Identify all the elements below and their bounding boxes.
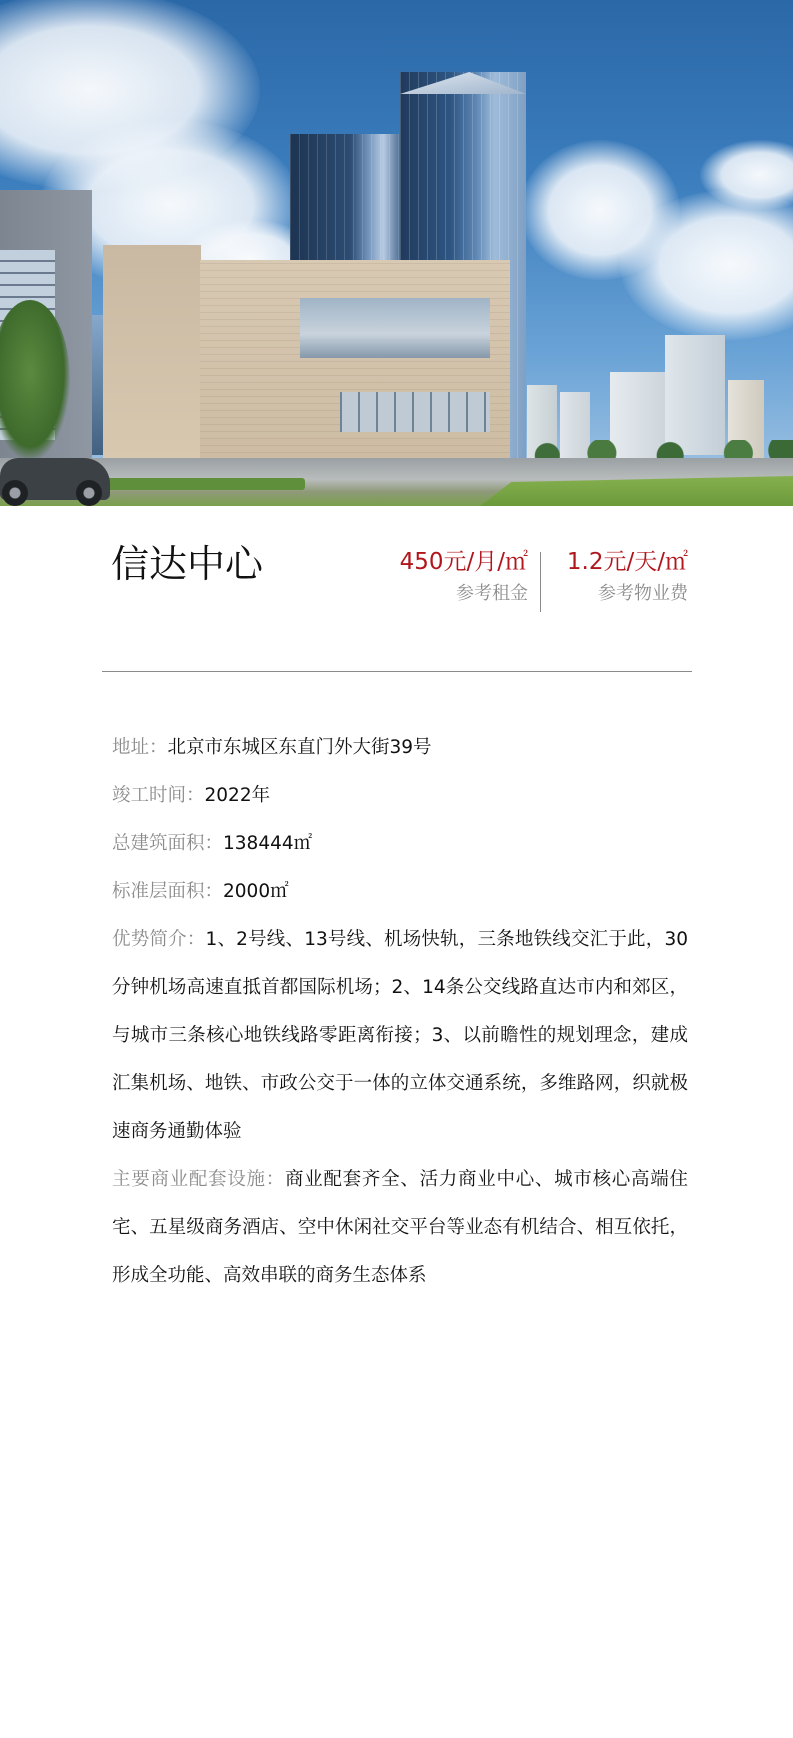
detail-value: 138444㎡ xyxy=(223,833,312,854)
detail-label: 地址： xyxy=(112,737,168,758)
detail-facilities: 主要商业配套设施：商业配套齐全、活力商业中心、城市核心高端住宅、五星级商务酒店、… xyxy=(112,1156,688,1300)
building-details: 地址：北京市东城区东直门外大街39号 竣工时间：2022年 总建筑面积：1384… xyxy=(112,724,688,1300)
property-fee-block: 1.2元/天/㎡ 参考物业费 xyxy=(567,546,688,607)
detail-label: 主要商业配套设施： xyxy=(112,1169,285,1190)
detail-label: 总建筑面积： xyxy=(112,833,223,854)
detail-address: 地址：北京市东城区东直门外大街39号 xyxy=(112,724,688,772)
detail-completion: 竣工时间：2022年 xyxy=(112,772,688,820)
detail-value: 2000㎡ xyxy=(223,881,289,902)
detail-label: 标准层面积： xyxy=(112,881,223,902)
building-hero-image xyxy=(0,0,793,506)
detail-floor-area: 标准层面积：2000㎡ xyxy=(112,868,688,916)
price-divider xyxy=(540,552,541,612)
rent-price-label: 参考租金 xyxy=(400,581,528,607)
detail-total-area: 总建筑面积：138444㎡ xyxy=(112,820,688,868)
property-fee-value: 1.2元/天/㎡ xyxy=(567,546,688,578)
detail-label: 优势简介： xyxy=(112,929,205,950)
building-title: 信达中心 xyxy=(111,540,263,588)
podium-block xyxy=(103,245,201,460)
car xyxy=(0,458,110,500)
hedge xyxy=(105,478,305,490)
detail-value: 2022年 xyxy=(205,785,271,806)
rent-price-value: 450元/月/㎡ xyxy=(400,546,528,578)
podium-storefront xyxy=(340,392,490,432)
detail-advantages: 优势简介：1、2号线、13号线、机场快轨，三条地铁线交汇于此，30分钟机场高速直… xyxy=(112,916,688,1156)
detail-value: 1、2号线、13号线、机场快轨，三条地铁线交汇于此，30分钟机场高速直抵首都国际… xyxy=(112,929,688,1142)
podium-glass-band xyxy=(300,298,490,358)
background-building xyxy=(665,335,725,455)
property-fee-label: 参考物业费 xyxy=(567,581,688,607)
detail-label: 竣工时间： xyxy=(112,785,205,806)
rent-price-block: 450元/月/㎡ 参考租金 xyxy=(400,546,528,607)
section-divider xyxy=(102,671,692,672)
detail-value: 北京市东城区东直门外大街39号 xyxy=(168,737,432,758)
